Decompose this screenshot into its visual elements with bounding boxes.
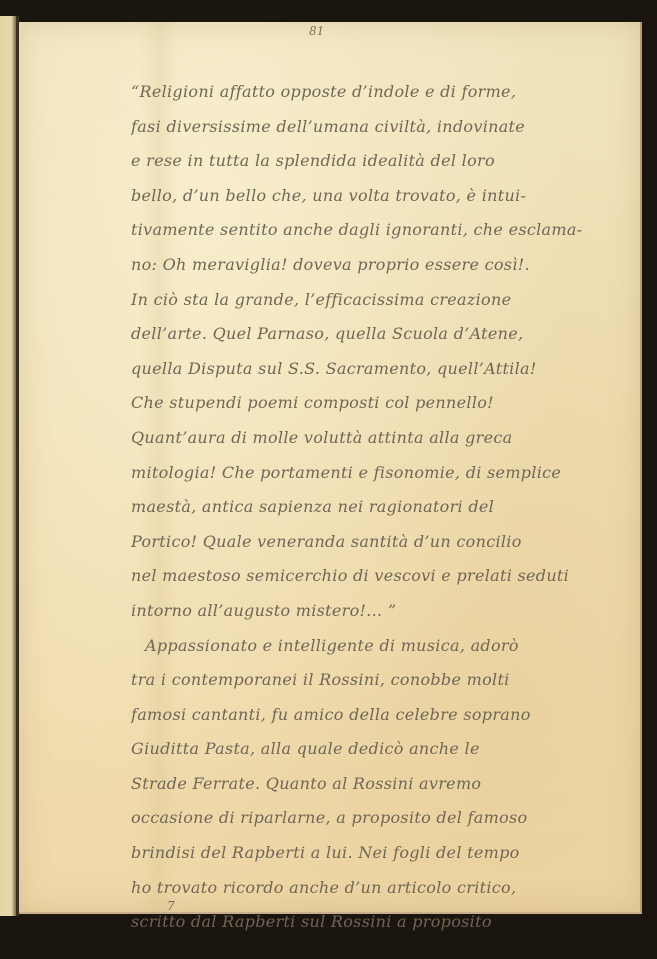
- text-line: Che stupendi poemi composti col pennello…: [131, 386, 631, 421]
- text-line: Portico! Quale veneranda santità d’un co…: [131, 525, 631, 560]
- text-line: scritto dal Rapberti sul Rossini a propo…: [131, 905, 631, 940]
- footer-mark: 7: [167, 899, 175, 913]
- text-line: occasione di riparlarne, a proposito del…: [131, 801, 631, 836]
- text-line: bello, d’un bello che, una volta trovato…: [131, 179, 631, 214]
- page-number: 81: [309, 24, 324, 38]
- text-line: brindisi del Rapberti a lui. Nei fogli d…: [131, 836, 631, 871]
- text-line: e rese in tutta la splendida idealità de…: [131, 144, 631, 179]
- text-line: In ciò sta la grande, l’efficacissima cr…: [131, 283, 631, 318]
- text-line: no: Oh meraviglia! doveva proprio essere…: [131, 248, 631, 283]
- text-line: mitologia! Che portamenti e fisonomie, d…: [131, 456, 631, 491]
- text-line: fasi diversissime dell’umana civiltà, in…: [131, 110, 631, 145]
- text-line: intorno all’augusto mistero!... ”: [131, 594, 631, 629]
- text-line: Appassionato e intelligente di musica, a…: [131, 629, 631, 664]
- text-line: quella Disputa sul S.S. Sacramento, quel…: [131, 352, 631, 387]
- adjacent-page-edge: [0, 16, 16, 916]
- handwritten-text: “Religioni affatto opposte d’indole e di…: [131, 75, 631, 940]
- text-line: ho trovato ricordo anche d’un articolo c…: [131, 871, 631, 906]
- text-line: tivamente sentito anche dagli ignoranti,…: [131, 213, 631, 248]
- text-line: Quant’aura di molle voluttà attinta alla…: [131, 421, 631, 456]
- text-line: “Religioni affatto opposte d’indole e di…: [131, 75, 631, 110]
- text-line: famosi cantanti, fu amico della celebre …: [131, 698, 631, 733]
- text-line: dell’arte. Quel Parnaso, quella Scuola d…: [131, 317, 631, 352]
- text-line: Strade Ferrate. Quanto al Rossini avremo: [131, 767, 631, 802]
- text-line: Giuditta Pasta, alla quale dedicò anche …: [131, 732, 631, 767]
- text-line: tra i contemporanei il Rossini, conobbe …: [131, 663, 631, 698]
- text-line: nel maestoso semicerchio di vescovi e pr…: [131, 559, 631, 594]
- manuscript-page: 81 “Religioni affatto opposte d’indole e…: [19, 22, 642, 914]
- text-line: maestà, antica sapienza nei ragionatori …: [131, 490, 631, 525]
